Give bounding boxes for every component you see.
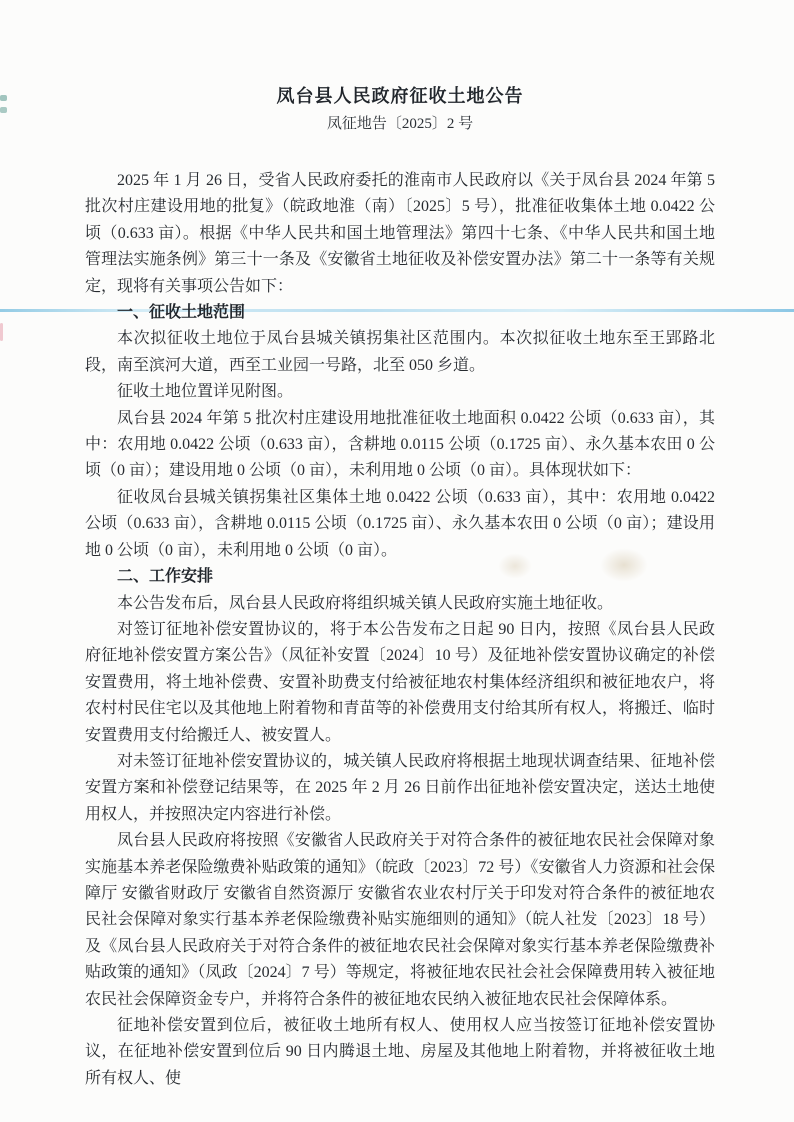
paragraph-intro: 2025 年 1 月 26 日，受省人民政府委托的淮南市人民政府以《关于凤台县 … (85, 168, 715, 300)
teal-edge-mark (0, 95, 7, 101)
document-page: 凤台县人民政府征收土地公告 凤征地告〔2025〕2 号 2025 年 1 月 2… (0, 0, 794, 1122)
paragraph-scope-map-note: 征收土地位置详见附图。 (85, 379, 715, 405)
paragraph-work-unsigned-agreement: 对未签订征地补偿安置协议的，城关镇人民政府将根据土地现状调查结果、征地补偿安置方… (85, 749, 715, 828)
teal-edge-mark (0, 107, 7, 113)
paragraph-scope-location: 本次拟征收土地位于凤台县城关镇拐集社区范围内。本次拟征收土地东至王郢路北段，南至… (85, 326, 715, 379)
paragraph-work-vacate: 征地补偿安置到位后，被征收土地所有权人、使用权人应当按签订征地补偿安置协议，在征… (85, 1013, 715, 1092)
paragraph-work-social-security: 凤台县人民政府将按照《安徽省人民政府关于对符合条件的被征地农民社会保障对象实施基… (85, 828, 715, 1013)
document-title: 凤台县人民政府征收土地公告 (85, 86, 715, 106)
pink-edge-mark (0, 323, 3, 341)
paragraph-work-implementation: 本公告发布后，凤台县人民政府将组织城关镇人民政府实施土地征收。 (85, 591, 715, 617)
document-number: 凤征地告〔2025〕2 号 (85, 114, 715, 134)
paragraph-scope-area-detail: 征收凤台县城关镇拐集社区集体土地 0.0422 公顷（0.633 亩），其中：农… (85, 485, 715, 564)
paragraph-scope-area-approved: 凤台县 2024 年第 5 批次村庄建设用地批准征收土地面积 0.0422 公顷… (85, 406, 715, 485)
document-body: 2025 年 1 月 26 日，受省人民政府委托的淮南市人民政府以《关于凤台县 … (85, 168, 715, 1092)
section-heading-work-plan: 二、工作安排 (85, 564, 715, 590)
paragraph-work-signed-agreement: 对签订征地补偿安置协议的，将于本公告发布之日起 90 日内，按照《凤台县人民政府… (85, 617, 715, 749)
document-content: 凤台县人民政府征收土地公告 凤征地告〔2025〕2 号 2025 年 1 月 2… (85, 86, 715, 1092)
section-heading-land-scope: 一、征收土地范围 (85, 300, 715, 326)
